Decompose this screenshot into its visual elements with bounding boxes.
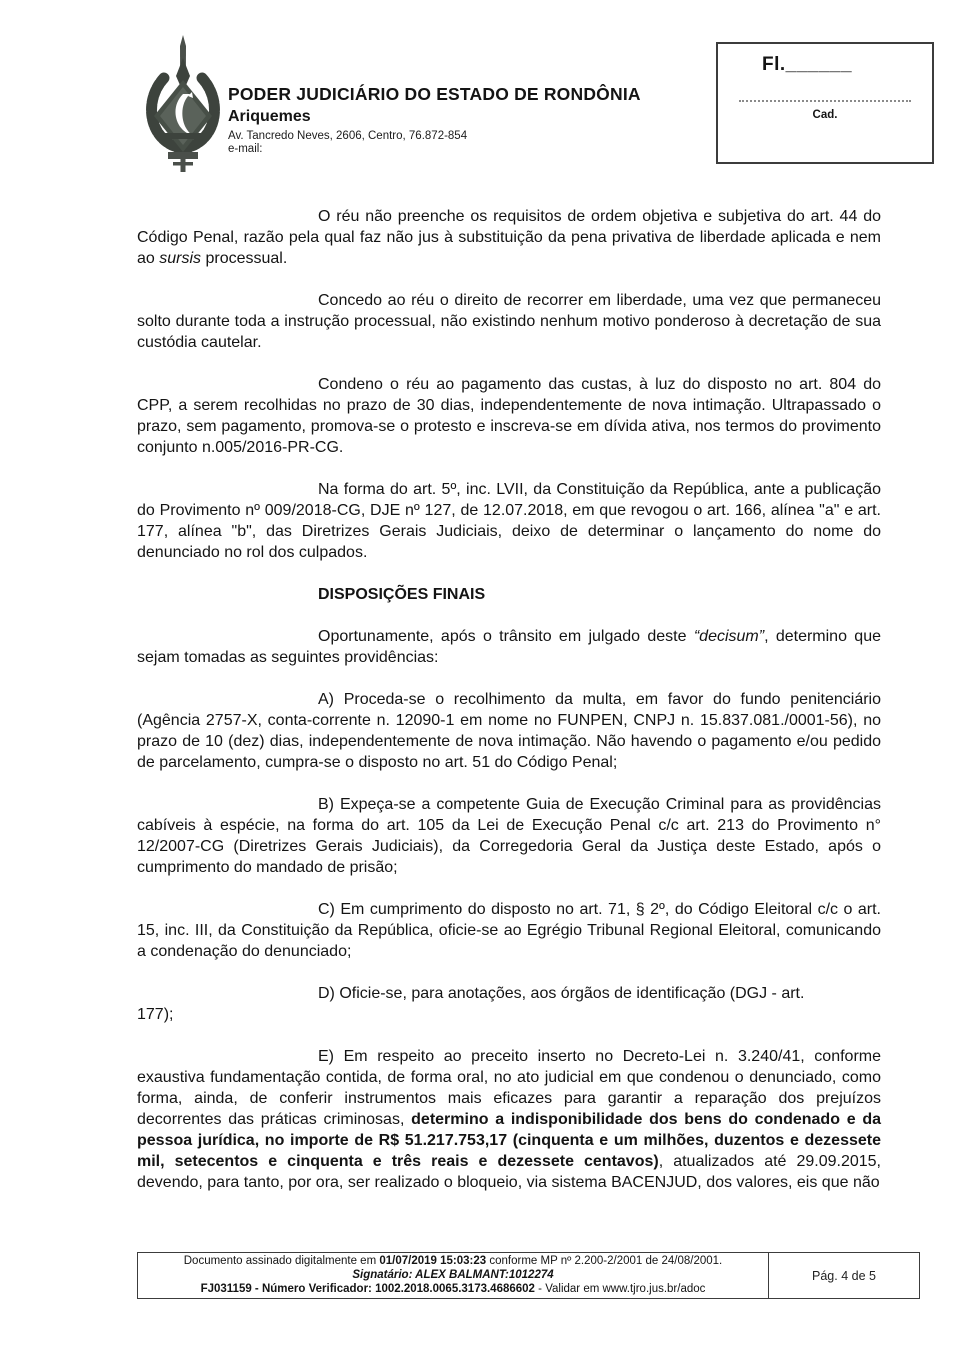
text-segment: conforme MP nº 2.200-2/2001 de 24/08/200… bbox=[486, 1255, 722, 1267]
folio-stamp-box: Fl.______ Cad. bbox=[716, 42, 934, 164]
text-segment: 01/07/2019 15:03:23 bbox=[379, 1255, 486, 1267]
folio-number-label: Fl.______ bbox=[762, 54, 932, 76]
text-segment: B) Expeça-se a competente Guia de Execuç… bbox=[137, 796, 881, 876]
text-segment: Signatário: ALEX BALMANT:1012274 bbox=[352, 1269, 553, 1281]
text-segment: processual. bbox=[201, 250, 287, 267]
letterhead: PODER JUDICIÁRIO DO ESTADO DE RONDÔNIA A… bbox=[228, 84, 641, 155]
court-address: Av. Tancredo Neves, 2606, Centro, 76.872… bbox=[228, 130, 641, 142]
paragraph: O réu não preenche os requisitos de orde… bbox=[137, 206, 881, 269]
folio-cad-label: Cad. bbox=[718, 109, 932, 121]
text-segment: “decisum” bbox=[694, 628, 764, 645]
text-segment: D) Oficie-se, para anotações, aos órgãos… bbox=[318, 985, 804, 1002]
paragraph: Na forma do art. 5º, inc. LVII, da Const… bbox=[137, 479, 881, 563]
text-segment: DISPOSIÇÕES FINAIS bbox=[318, 586, 485, 603]
digital-signature-box: Documento assinado digitalmente em 01/07… bbox=[137, 1252, 920, 1299]
text-segment: - Validar em www.tjro.jus.br/adoc bbox=[535, 1283, 705, 1295]
rondonia-coat-of-arms-icon bbox=[138, 34, 228, 174]
signature-line: Documento assinado digitalmente em 01/07… bbox=[138, 1254, 768, 1268]
text-segment: Oportunamente, após o trânsito em julgad… bbox=[318, 628, 694, 645]
text-segment: 177); bbox=[137, 1006, 173, 1023]
court-name: PODER JUDICIÁRIO DO ESTADO DE RONDÔNIA bbox=[228, 84, 641, 105]
signature-line: FJ031159 - Número Verificador: 1002.2018… bbox=[138, 1282, 768, 1296]
section-heading: DISPOSIÇÕES FINAIS bbox=[137, 584, 881, 605]
court-decision-page: PODER JUDICIÁRIO DO ESTADO DE RONDÔNIA A… bbox=[0, 0, 960, 1356]
text-segment: Condeno o réu ao pagamento das custas, à… bbox=[137, 376, 881, 456]
paragraph: C) Em cumprimento do disposto no art. 71… bbox=[137, 899, 881, 962]
court-email-label: e-mail: bbox=[228, 143, 641, 155]
text-segment: Documento assinado digitalmente em bbox=[184, 1255, 380, 1267]
paragraph: A) Proceda-se o recolhimento da multa, e… bbox=[137, 689, 881, 773]
folio-signature-line bbox=[739, 100, 911, 102]
paragraph: Oportunamente, após o trânsito em julgad… bbox=[137, 626, 881, 668]
paragraph: D) Oficie-se, para anotações, aos órgãos… bbox=[137, 983, 881, 1025]
signature-line: Signatário: ALEX BALMANT:1012274 bbox=[138, 1268, 768, 1282]
paragraph: Condeno o réu ao pagamento das custas, à… bbox=[137, 374, 881, 458]
page-number-label: Pág. 4 de 5 bbox=[769, 1253, 919, 1298]
court-city: Ariquemes bbox=[228, 108, 641, 126]
digital-signature-text: Documento assinado digitalmente em 01/07… bbox=[138, 1253, 769, 1298]
document-body: O réu não preenche os requisitos de orde… bbox=[137, 206, 881, 1193]
text-segment: A) Proceda-se o recolhimento da multa, e… bbox=[137, 691, 881, 771]
paragraph: E) Em respeito ao preceito inserto no De… bbox=[137, 1046, 881, 1193]
text-segment: C) Em cumprimento do disposto no art. 71… bbox=[137, 901, 881, 960]
text-segment: Concedo ao réu o direito de recorrer em … bbox=[137, 292, 881, 351]
text-segment: sursis bbox=[159, 250, 201, 267]
paragraph: B) Expeça-se a competente Guia de Execuç… bbox=[137, 794, 881, 878]
text-segment: Na forma do art. 5º, inc. LVII, da Const… bbox=[137, 481, 881, 561]
paragraph: Concedo ao réu o direito de recorrer em … bbox=[137, 290, 881, 353]
text-segment: FJ031159 - Número Verificador: 1002.2018… bbox=[201, 1283, 535, 1295]
